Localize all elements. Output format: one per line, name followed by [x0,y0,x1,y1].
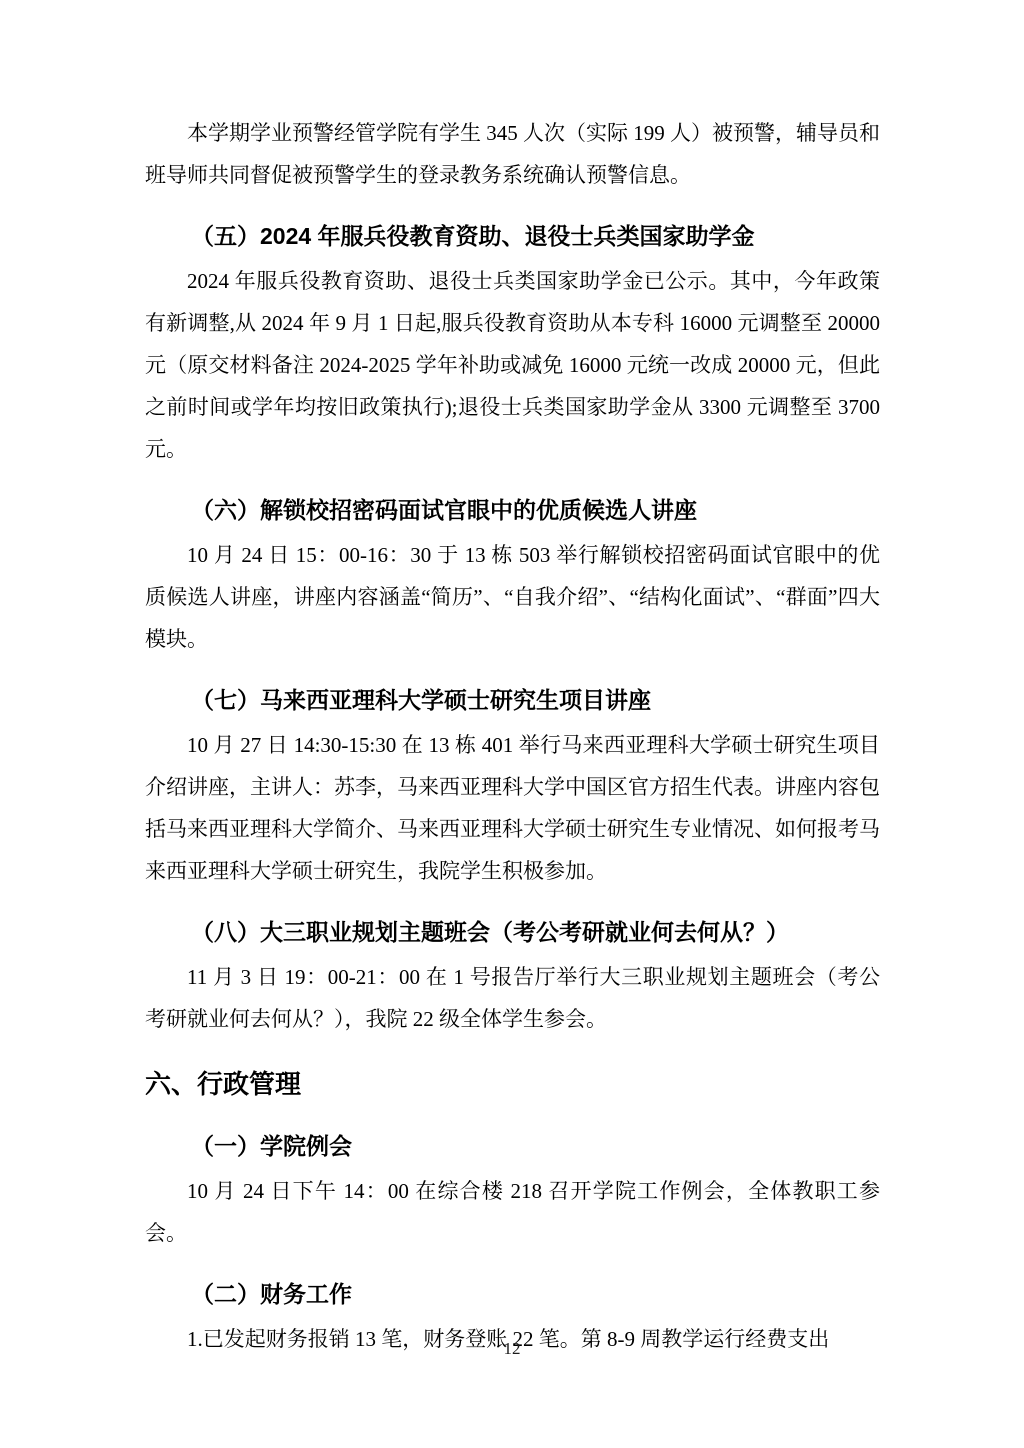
section-heading-6: （六）解锁校招密码面试官眼中的优质候选人讲座 [145,490,880,530]
section-heading-5: （五）2024 年服兵役教育资助、退役士兵类国家助学金 [145,216,880,256]
paragraph-interview-lecture: 10 月 24 日 15：00-16：30 于 13 栋 503 举行解锁校招密… [145,534,880,660]
section-heading-2: （二）财务工作 [145,1274,880,1314]
paragraph-college-meeting: 10 月 24 日下午 14：00 在综合楼 218 召开学院工作例会，全体教职… [145,1170,880,1254]
chapter-heading-admin: 六、行政管理 [145,1062,880,1106]
section-heading-1: （一）学院例会 [145,1126,880,1166]
paragraph-academic-warning: 本学期学业预警经管学院有学生 345 人次（实际 199 人）被预警，辅导员和班… [145,112,880,196]
paragraph-military-grant: 2024 年服兵役教育资助、退役士兵类国家助学金已公示。其中，今年政策有新调整,… [145,260,880,470]
document-page: 本学期学业预警经管学院有学生 345 人次（实际 199 人）被预警，辅导员和班… [0,0,1024,1448]
document-content: 本学期学业预警经管学院有学生 345 人次（实际 199 人）被预警，辅导员和班… [0,0,1024,1360]
paragraph-usm-lecture: 10 月 27 日 14:30-15:30 在 13 栋 401 举行马来西亚理… [145,724,880,892]
section-heading-8: （八）大三职业规划主题班会（考公考研就业何去何从？） [145,912,880,952]
section-heading-7: （七）马来西亚理科大学硕士研究生项目讲座 [145,680,880,720]
paragraph-class-meeting: 11 月 3 日 19：00-21：00 在 1 号报告厅举行大三职业规划主题班… [145,956,880,1040]
page-number: 12 [0,1338,1024,1360]
